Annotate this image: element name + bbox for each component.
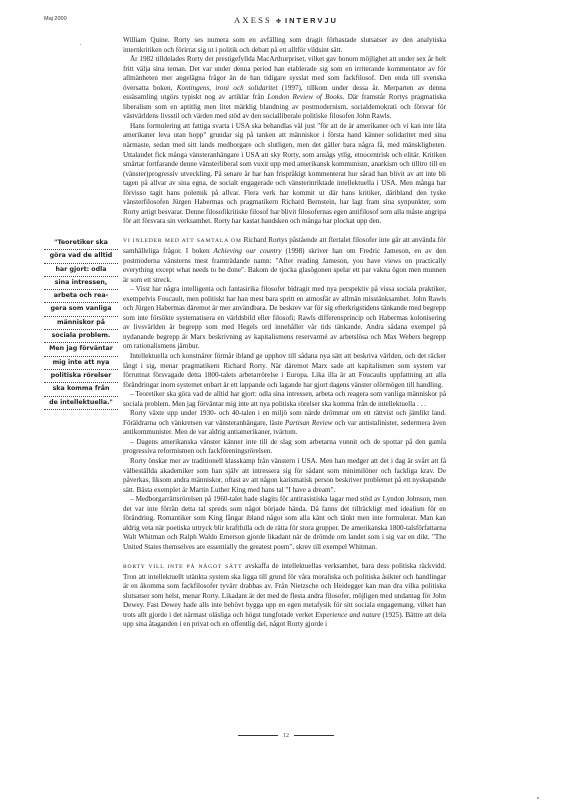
pull-quote-line: de intellektuella." [44,397,118,410]
pull-quote: "Teoretiker ska göra vad de alltid har g… [44,237,118,410]
page-number: 12 [283,733,289,739]
pull-quote-line: göra vad de alltid [44,250,118,263]
article-body: William Quine. Rorty ses numera som en a… [123,36,446,630]
paragraph: – Teoretiker ska göra vad de alltid har … [123,390,446,409]
pull-quote-line: mig inte att nya [44,357,118,370]
paragraph: William Quine. Rorty ses numera som en a… [123,36,446,55]
masthead: AXESS✤INTERVJU [0,15,572,25]
pull-quote-line: gera som vanliga [44,303,118,316]
pull-quote-line: "Teoretiker ska [44,237,118,250]
journal-title: Partisan Review [285,419,332,427]
pull-quote-line: sina intressen, [44,277,118,290]
paragraph: År 1982 tilldelades Rorty det prestigefy… [123,55,446,122]
paragraph: – Dagens amerikanska vänster känner inte… [123,438,446,457]
paragraph: Rorty önskar mer av traditionell klasska… [123,457,446,495]
scan-speck [80,44,81,45]
pull-quote-line: politiska rörelser [44,370,118,383]
section-paragraph: Rorty vill inte på något sätt avskaffa d… [123,562,446,630]
section-paragraph: Vi inleder med att samtala om Richard Ro… [123,236,446,285]
publication-name: AXESS [234,15,272,25]
book-title: Experience and nature [315,611,380,619]
paragraph: Hans formulering att fattiga svarta i US… [123,122,446,227]
pull-quote-line: arbeta och rea- [44,290,118,303]
pull-quote-line: Men jag förväntar [44,343,118,356]
section-lead-in: Vi inleder med att samtala om [123,238,242,244]
ornament-icon: ✤ [276,19,281,25]
journal-title: London Review of Books [267,93,342,101]
pull-quote-line: sociala problem. [44,330,118,343]
pull-quote-line: människor på [44,317,118,330]
paragraph: – Visst har några intelligenta och fanta… [123,285,446,352]
pull-quote-line: ska komma från [44,383,118,396]
page-footer: 12 [0,733,572,739]
footer-rule-left [238,735,278,736]
paragraph: Intellektuella och konstnärer förmår ibl… [123,352,446,390]
scan-speck [537,797,539,799]
footer-rule-right [294,735,334,736]
section-lead-in: Rorty vill inte på något sätt [123,564,242,570]
paragraph: – Medborgarrättsrörelsen på 1960-talet h… [123,495,446,552]
section-name: INTERVJU [285,16,338,25]
book-title: Achieving our country [213,247,281,255]
paragraph: Rorty växte upp under 1930- och 40-talen… [123,409,446,438]
pull-quote-line: har gjort: odla [44,264,118,277]
book-title: Kontingens, ironi och solidaritet [177,84,278,92]
